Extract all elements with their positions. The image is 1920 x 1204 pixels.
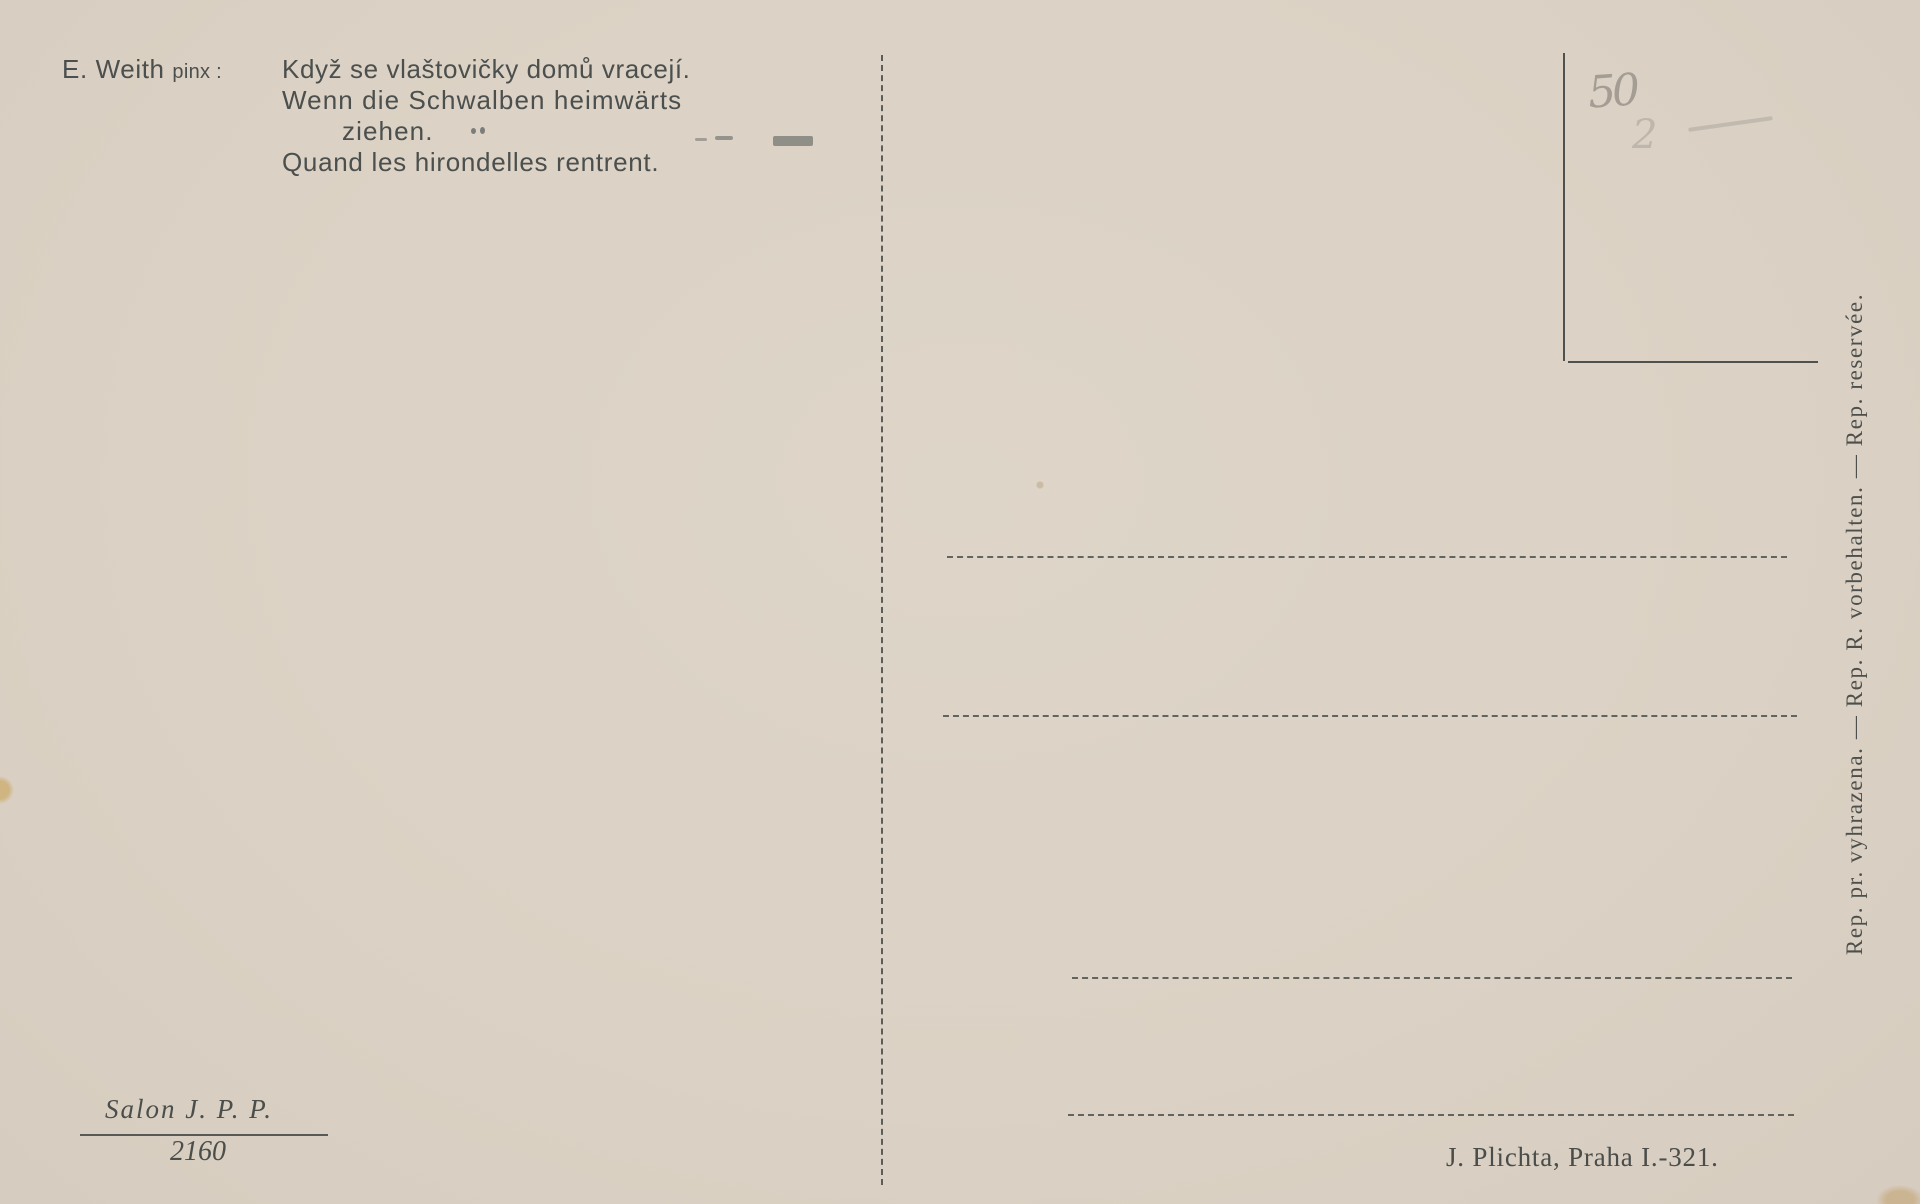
rights-notice: Rep. pr. vyhrazena. — Rep. R. vorbehalte… bbox=[1842, 293, 1868, 955]
title-german-line2: ziehen. bbox=[342, 116, 434, 146]
center-divider bbox=[881, 55, 883, 1185]
ink-speck bbox=[480, 127, 485, 134]
artist-name: E. Weith bbox=[62, 54, 165, 84]
address-line-1 bbox=[947, 556, 1787, 558]
publisher-series: Salon J. P. P. bbox=[105, 1094, 273, 1125]
pencil-stroke bbox=[1688, 116, 1773, 132]
printer-imprint: J. Plichta, Praha I.-321. bbox=[1446, 1142, 1719, 1173]
title-german-line1: Wenn die Schwalben heimwärts bbox=[282, 85, 682, 115]
pencil-annotation: 50 bbox=[1586, 64, 1637, 118]
ink-smudge bbox=[715, 136, 733, 140]
address-line-2 bbox=[943, 715, 1797, 717]
title-french: Quand les hirondelles rentrent. bbox=[282, 147, 659, 177]
title-czech: Když se vlaštovičky domů vracejí. bbox=[282, 54, 691, 84]
postcard-back: E. Weith pinx : Když se vlaštovičky domů… bbox=[0, 0, 1920, 1204]
stamp-box-bottom-edge bbox=[1568, 361, 1818, 363]
ink-smudge bbox=[773, 136, 813, 146]
stamp-box-left-edge bbox=[1563, 53, 1565, 361]
artist-credit: E. Weith pinx : bbox=[62, 54, 222, 87]
address-line-4 bbox=[1068, 1114, 1794, 1116]
ink-smudge bbox=[695, 138, 707, 141]
pencil-annotation-2: 2 bbox=[1632, 112, 1657, 158]
ink-speck bbox=[471, 128, 476, 134]
publisher-number: 2160 bbox=[170, 1136, 226, 1168]
artist-suffix: pinx : bbox=[172, 61, 222, 83]
address-line-3 bbox=[1072, 977, 1792, 979]
